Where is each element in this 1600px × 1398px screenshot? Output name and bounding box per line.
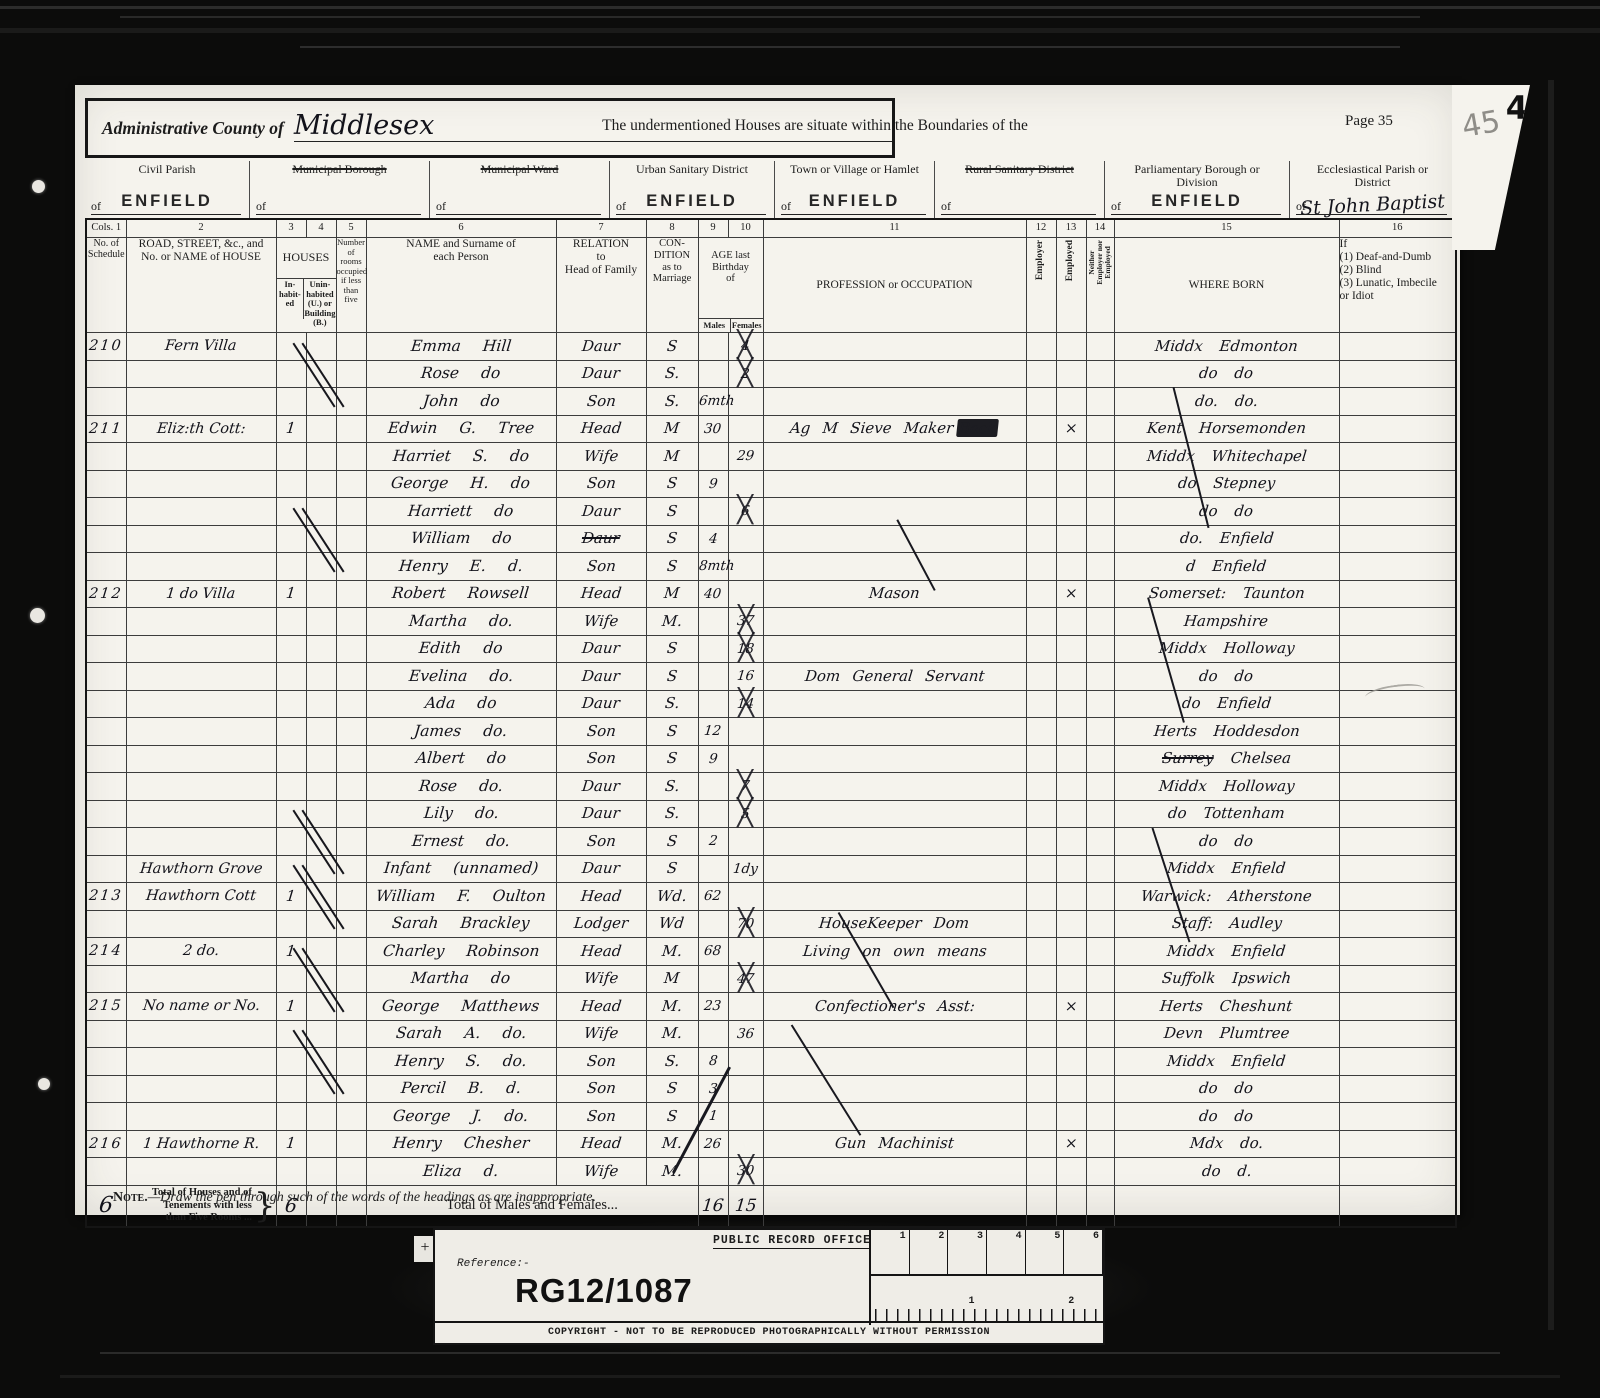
cell-born: Somerset: Taunton: [1114, 580, 1339, 608]
header-name: NAME and Surname of each Person: [366, 238, 556, 333]
cell-c12: [1026, 470, 1056, 498]
table-row: Sarah BrackleyLodgerWd70HouseKeeper DomS…: [86, 910, 1456, 938]
cell-sch: 212: [86, 580, 126, 608]
cell-c14: [1086, 663, 1114, 691]
district-label: Civil Parish: [85, 161, 249, 176]
header-males: Males: [699, 319, 732, 332]
cell-rooms: [336, 498, 366, 526]
district-label: Urban Sanitary District: [610, 161, 774, 176]
cell-inh: [276, 635, 306, 663]
cell-road: Eliz:th Cott:: [126, 415, 276, 443]
cell-born: Hampshire: [1114, 608, 1339, 636]
cell-uninh: [306, 965, 336, 993]
cell-inh: [276, 443, 306, 471]
totals-empty: [1086, 1185, 1114, 1227]
cell-uninh: [306, 525, 336, 553]
table-row: Lily do.DaurS.5do Tottenham: [86, 800, 1456, 828]
cell-cond: S.: [646, 388, 698, 416]
cell-am: 12: [698, 718, 728, 746]
cell-am: 23: [698, 993, 728, 1021]
cell-sch: [86, 745, 126, 773]
cell-cond: Wd.: [646, 883, 698, 911]
scan-streak: [120, 16, 1420, 18]
cell-af: 6: [728, 498, 763, 526]
cell-born: Suffolk Ipswich: [1114, 965, 1339, 993]
cell-c13: [1056, 718, 1086, 746]
cell-occ: [763, 1020, 1026, 1048]
cell-uninh: [306, 635, 336, 663]
cell-inf: [1339, 388, 1456, 416]
cell-name: Edith do: [366, 635, 556, 663]
cell-sch: 213: [86, 883, 126, 911]
cell-af: 5: [728, 800, 763, 828]
cell-inh: [276, 773, 306, 801]
cell-uninh: [306, 1103, 336, 1131]
cell-c13: [1056, 1075, 1086, 1103]
header-schedule: No. of Schedule: [86, 238, 126, 333]
ruler-bottom-scale: 1 2: [871, 1276, 1103, 1323]
cell-am: [698, 333, 728, 361]
table-row: Martha doWifeM47Suffolk Ipswich: [86, 965, 1456, 993]
footnote: Note.—Draw the pen through such of the w…: [113, 1190, 596, 1206]
cell-cond: S: [646, 333, 698, 361]
cell-c14: [1086, 1020, 1114, 1048]
cell-am: [698, 608, 728, 636]
cell-af: [728, 470, 763, 498]
cell-road: [126, 608, 276, 636]
admin-county-label: Administrative County of: [102, 118, 284, 139]
cell-inf: [1339, 993, 1456, 1021]
cell-c14: [1086, 1048, 1114, 1076]
cell-born: Middx Edmonton: [1114, 333, 1339, 361]
totals-males: 16: [698, 1185, 728, 1227]
cell-name: George J. do.: [366, 1103, 556, 1131]
cell-rooms: [336, 800, 366, 828]
district-label: Rural Sanitary District: [935, 161, 1104, 176]
cell-name: Percil B. d.: [366, 1075, 556, 1103]
cell-inf: [1339, 635, 1456, 663]
table-row: Henry E. d.SonS8mthd Enfield: [86, 553, 1456, 581]
totals-empty: [1339, 1185, 1456, 1227]
table-row: Harriet S. doWifeM29Middx Whitechapel: [86, 443, 1456, 471]
cell-c14: [1086, 443, 1114, 471]
cell-rel: Son: [556, 1075, 646, 1103]
cell-occ: [763, 718, 1026, 746]
cell-sch: [86, 360, 126, 388]
cell-am: 68: [698, 938, 728, 966]
cell-rel: Son: [556, 388, 646, 416]
ruler-number: 4: [987, 1230, 1026, 1274]
cell-inf: [1339, 855, 1456, 883]
cell-c14: [1086, 635, 1114, 663]
cell-road: [126, 965, 276, 993]
cell-rel: Wife: [556, 965, 646, 993]
ruler-number: 2: [1068, 1296, 1074, 1307]
cell-c12: [1026, 608, 1056, 636]
cell-rooms: [336, 360, 366, 388]
cell-rooms: [336, 580, 366, 608]
cell-c12: [1026, 1048, 1056, 1076]
cell-rooms: [336, 470, 366, 498]
header-rooms: Number of rooms occupied if less than fi…: [336, 238, 366, 333]
district-label: Town or Village or Hamlet: [775, 161, 934, 176]
cell-sch: [86, 635, 126, 663]
cell-name: Eliza d.: [366, 1158, 556, 1186]
col-num: 2: [126, 219, 276, 238]
cell-inf: [1339, 910, 1456, 938]
cell-road: [126, 663, 276, 691]
cell-occ: [763, 388, 1026, 416]
cell-rooms: [336, 690, 366, 718]
cell-road: [126, 718, 276, 746]
cell-c13: [1056, 360, 1086, 388]
cell-c13: [1056, 910, 1086, 938]
header-employer-label: Employer: [1036, 240, 1046, 280]
cell-inh: [276, 388, 306, 416]
cell-c14: [1086, 1158, 1114, 1186]
table-row: Albert doSonS9Surrey Chelsea: [86, 745, 1456, 773]
cell-inf: [1339, 580, 1456, 608]
cell-c13: [1056, 828, 1086, 856]
cell-c13: [1056, 333, 1086, 361]
cell-c13: [1056, 470, 1086, 498]
cell-c13: [1056, 883, 1086, 911]
header-occupation: PROFESSION or OCCUPATION: [763, 238, 1026, 333]
table-row: Hawthorn GroveInfant (unnamed)DaurS1dyMi…: [86, 855, 1456, 883]
cell-am: [698, 1158, 728, 1186]
cell-af: [728, 718, 763, 746]
cell-af: 47: [728, 965, 763, 993]
cell-inh: 1: [276, 1130, 306, 1158]
cell-af: 29: [728, 443, 763, 471]
cell-occ: [763, 1048, 1026, 1076]
cell-inf: [1339, 470, 1456, 498]
cell-uninh: [306, 580, 336, 608]
cell-cond: S.: [646, 773, 698, 801]
cell-road: [126, 498, 276, 526]
cell-inh: 1: [276, 883, 306, 911]
cell-c14: [1086, 470, 1114, 498]
cell-rooms: [336, 1048, 366, 1076]
col-num: 8: [646, 219, 698, 238]
cell-af: 14: [728, 690, 763, 718]
cell-c13: [1056, 498, 1086, 526]
pro-stamp-box: PUBLIC RECORD OFFICE Reference:- RG12/10…: [433, 1228, 1105, 1345]
cell-am: [698, 635, 728, 663]
cell-name: William F. Oulton: [366, 883, 556, 911]
cell-rooms: [336, 525, 366, 553]
table-row: Evelina do.DaurS16Dom General Servantdo …: [86, 663, 1456, 691]
district-of: of: [616, 199, 766, 215]
cell-born: do do: [1114, 498, 1339, 526]
cell-road: [126, 745, 276, 773]
cell-occ: [763, 1075, 1026, 1103]
cell-rel: Head: [556, 883, 646, 911]
cell-cond: S: [646, 1075, 698, 1103]
cell-rel: Daur: [556, 498, 646, 526]
cell-uninh: [306, 663, 336, 691]
cell-inf: [1339, 938, 1456, 966]
cell-occ: Dom General Servant: [763, 663, 1026, 691]
table-row: Percil B. d.SonS3do do: [86, 1075, 1456, 1103]
cell-am: 30: [698, 415, 728, 443]
cell-cond: S: [646, 663, 698, 691]
header-born: WHERE BORN: [1114, 238, 1339, 333]
scan-streak: [0, 6, 1600, 9]
cell-c12: [1026, 690, 1056, 718]
cell-c12: [1026, 333, 1056, 361]
cell-rel: Son: [556, 1048, 646, 1076]
cell-occ: [763, 690, 1026, 718]
cell-name: Sarah A. do.: [366, 1020, 556, 1048]
cell-af: [728, 1075, 763, 1103]
cell-inf: [1339, 608, 1456, 636]
cell-road: [126, 470, 276, 498]
cell-rooms: [336, 718, 366, 746]
cell-c12: [1026, 910, 1056, 938]
cell-road: [126, 690, 276, 718]
cell-sch: [86, 663, 126, 691]
cell-inf: [1339, 525, 1456, 553]
col-num: 9: [698, 219, 728, 238]
cell-sch: [86, 388, 126, 416]
cell-occ: [763, 883, 1026, 911]
cell-inf: [1339, 965, 1456, 993]
cell-road: [126, 388, 276, 416]
cell-born: Middx Enfield: [1114, 1048, 1339, 1076]
cell-am: 6mth: [698, 388, 728, 416]
cell-c14: [1086, 1130, 1114, 1158]
cell-am: [698, 443, 728, 471]
cell-rooms: [336, 1158, 366, 1186]
cell-c14: [1086, 1103, 1114, 1131]
cell-c14: [1086, 993, 1114, 1021]
col-num: 6: [366, 219, 556, 238]
cell-occ: [763, 333, 1026, 361]
cell-rooms: [336, 333, 366, 361]
header-condition: CON- DITION as to Marriage: [646, 238, 698, 333]
cell-c12: [1026, 580, 1056, 608]
header-infirmities: If (1) Deaf-and-Dumb (2) Blind (3) Lunat…: [1339, 238, 1456, 333]
footnote-prefix: Note.: [113, 1190, 148, 1205]
cell-occ: [763, 360, 1026, 388]
cell-c12: [1026, 498, 1056, 526]
cell-c13: [1056, 635, 1086, 663]
column-headers-row: No. of Schedule ROAD, STREET, &c., and N…: [86, 238, 1456, 333]
cell-born: do Enfield: [1114, 690, 1339, 718]
cell-rel: Daur: [556, 333, 646, 361]
cell-am: [698, 1020, 728, 1048]
cell-c14: [1086, 333, 1114, 361]
table-row: John doSonS.6mthdo. do.: [86, 388, 1456, 416]
cell-name: Martha do.: [366, 608, 556, 636]
cell-c14: [1086, 1075, 1114, 1103]
cell-name: Henry E. d.: [366, 553, 556, 581]
cell-inh: [276, 828, 306, 856]
cell-road: [126, 1020, 276, 1048]
totals-females: 15: [728, 1185, 763, 1227]
cell-af: [728, 938, 763, 966]
cell-rooms: [336, 635, 366, 663]
cell-cond: Wd: [646, 910, 698, 938]
table-row: Ada doDaurS.14do Enfield: [86, 690, 1456, 718]
cell-c12: [1026, 800, 1056, 828]
cell-cond: S: [646, 470, 698, 498]
cell-inf: [1339, 415, 1456, 443]
cell-rooms: [336, 1103, 366, 1131]
cell-born: Herts Cheshunt: [1114, 993, 1339, 1021]
cell-cond: S: [646, 498, 698, 526]
cell-born: Middx Whitechapel: [1114, 443, 1339, 471]
district-of: of: [781, 199, 926, 215]
copyright-notice: COPYRIGHT - NOT TO BE REPRODUCED PHOTOGR…: [435, 1321, 1103, 1343]
cell-name: Harriett do: [366, 498, 556, 526]
cell-uninh: [306, 443, 336, 471]
cell-inh: [276, 525, 306, 553]
district-town-village: Town or Village or Hamlet ENFIELD of: [775, 161, 935, 218]
cell-rel: Head: [556, 580, 646, 608]
cell-rel: Head: [556, 938, 646, 966]
census-table: Cols. 1 2 3 4 5 6 7 8 9 10 11 12 13 14 1…: [85, 218, 1457, 1228]
cell-road: [126, 1075, 276, 1103]
col-num: 12: [1026, 219, 1056, 238]
cell-c13: ×: [1056, 415, 1086, 443]
cell-c14: [1086, 745, 1114, 773]
cell-c12: [1026, 443, 1056, 471]
cell-sch: 216: [86, 1130, 126, 1158]
cell-born: Middx Enfield: [1114, 938, 1339, 966]
cell-c12: [1026, 855, 1056, 883]
district-of: of: [1296, 199, 1447, 215]
cell-c14: [1086, 608, 1114, 636]
cell-c14: [1086, 553, 1114, 581]
cell-sch: [86, 525, 126, 553]
cell-cond: M.: [646, 993, 698, 1021]
cell-sch: [86, 1020, 126, 1048]
cell-inf: [1339, 800, 1456, 828]
district-label: Municipal Borough: [250, 161, 429, 176]
cell-c13: ×: [1056, 993, 1086, 1021]
cell-occ: [763, 800, 1026, 828]
cell-sch: 215: [86, 993, 126, 1021]
cell-c13: [1056, 938, 1086, 966]
cell-road: [126, 910, 276, 938]
cell-cond: S: [646, 525, 698, 553]
cell-born: do do: [1114, 360, 1339, 388]
cell-c13: [1056, 965, 1086, 993]
cell-am: 8: [698, 1048, 728, 1076]
cell-c14: [1086, 855, 1114, 883]
district-ecclesiastical: Ecclesiastical Parish or District St Joh…: [1290, 161, 1455, 218]
cell-occ: Confectioner's Asst:: [763, 993, 1026, 1021]
header-neither: Neither Employer nor Employed: [1086, 238, 1114, 333]
cell-sch: [86, 1048, 126, 1076]
cell-c12: [1026, 635, 1056, 663]
cell-cond: M: [646, 965, 698, 993]
header-houses: HOUSES In- habit- ed Unin- habited (U.) …: [276, 238, 336, 333]
cell-cond: M: [646, 580, 698, 608]
cell-cond: S.: [646, 690, 698, 718]
cell-uninh: [306, 690, 336, 718]
cell-cond: M.: [646, 608, 698, 636]
col-num: 16: [1339, 219, 1456, 238]
situate-line: The undermentioned Houses are situate wi…: [535, 117, 1095, 135]
cell-af: 7: [728, 773, 763, 801]
table-row: Rose doDaurS.2do do: [86, 360, 1456, 388]
cell-inh: [276, 360, 306, 388]
table-row: Edith doDaurS18Middx Holloway: [86, 635, 1456, 663]
cell-rooms: [336, 663, 366, 691]
cell-af: [728, 553, 763, 581]
page-number: Page 35: [1345, 113, 1393, 130]
cell-born: do do: [1114, 828, 1339, 856]
cell-af: [728, 993, 763, 1021]
cell-road: [126, 635, 276, 663]
cell-inh: 1: [276, 580, 306, 608]
cell-occ: HouseKeeper Dom: [763, 910, 1026, 938]
cell-sch: [86, 800, 126, 828]
cell-af: 70: [728, 910, 763, 938]
cell-inf: [1339, 828, 1456, 856]
cell-c12: [1026, 965, 1056, 993]
table-row: Rose do.DaurS.7Middx Holloway: [86, 773, 1456, 801]
cell-cond: M.: [646, 1158, 698, 1186]
cell-sch: [86, 718, 126, 746]
cell-cond: M.: [646, 1020, 698, 1048]
table-row: Ernest do.SonS2do do: [86, 828, 1456, 856]
cell-born: do do: [1114, 1103, 1339, 1131]
cell-name: Sarah Brackley: [366, 910, 556, 938]
cell-name: Martha do: [366, 965, 556, 993]
cell-af: 36: [728, 1020, 763, 1048]
cell-cond: S: [646, 635, 698, 663]
col-num: 13: [1056, 219, 1086, 238]
cell-am: [698, 910, 728, 938]
cell-c13: [1056, 388, 1086, 416]
cell-born: Middx Enfield: [1114, 855, 1339, 883]
cell-c12: [1026, 993, 1056, 1021]
cell-occ: [763, 443, 1026, 471]
col-num: 15: [1114, 219, 1339, 238]
cell-occ: [763, 635, 1026, 663]
cell-name: Harriet S. do: [366, 443, 556, 471]
cell-cond: S: [646, 718, 698, 746]
scan-streak: [100, 1352, 1500, 1354]
census-form-paper: Administrative County of Middlesex The u…: [75, 85, 1460, 1215]
cell-name: Charley Robinson: [366, 938, 556, 966]
cell-sch: 211: [86, 415, 126, 443]
cell-c13: [1056, 608, 1086, 636]
cell-af: 1dy: [728, 855, 763, 883]
cell-occ: [763, 498, 1026, 526]
cell-inh: [276, 1048, 306, 1076]
cell-rel: Daur: [556, 800, 646, 828]
cell-rooms: [336, 608, 366, 636]
cell-am: 8mth: [698, 553, 728, 581]
ruler-number: 6: [1064, 1230, 1103, 1274]
ruler-top-scale: 1 2 3 4 5 6: [871, 1230, 1103, 1276]
cell-am: [698, 690, 728, 718]
cell-rel: Son: [556, 470, 646, 498]
cell-c12: [1026, 1130, 1056, 1158]
cell-c14: [1086, 580, 1114, 608]
cell-inf: [1339, 1075, 1456, 1103]
header-inhabited: In- habit- ed: [277, 279, 305, 319]
district-label: Municipal Ward: [430, 161, 609, 176]
cell-c12: [1026, 828, 1056, 856]
cell-inf: [1339, 718, 1456, 746]
district-of: of: [436, 199, 601, 215]
